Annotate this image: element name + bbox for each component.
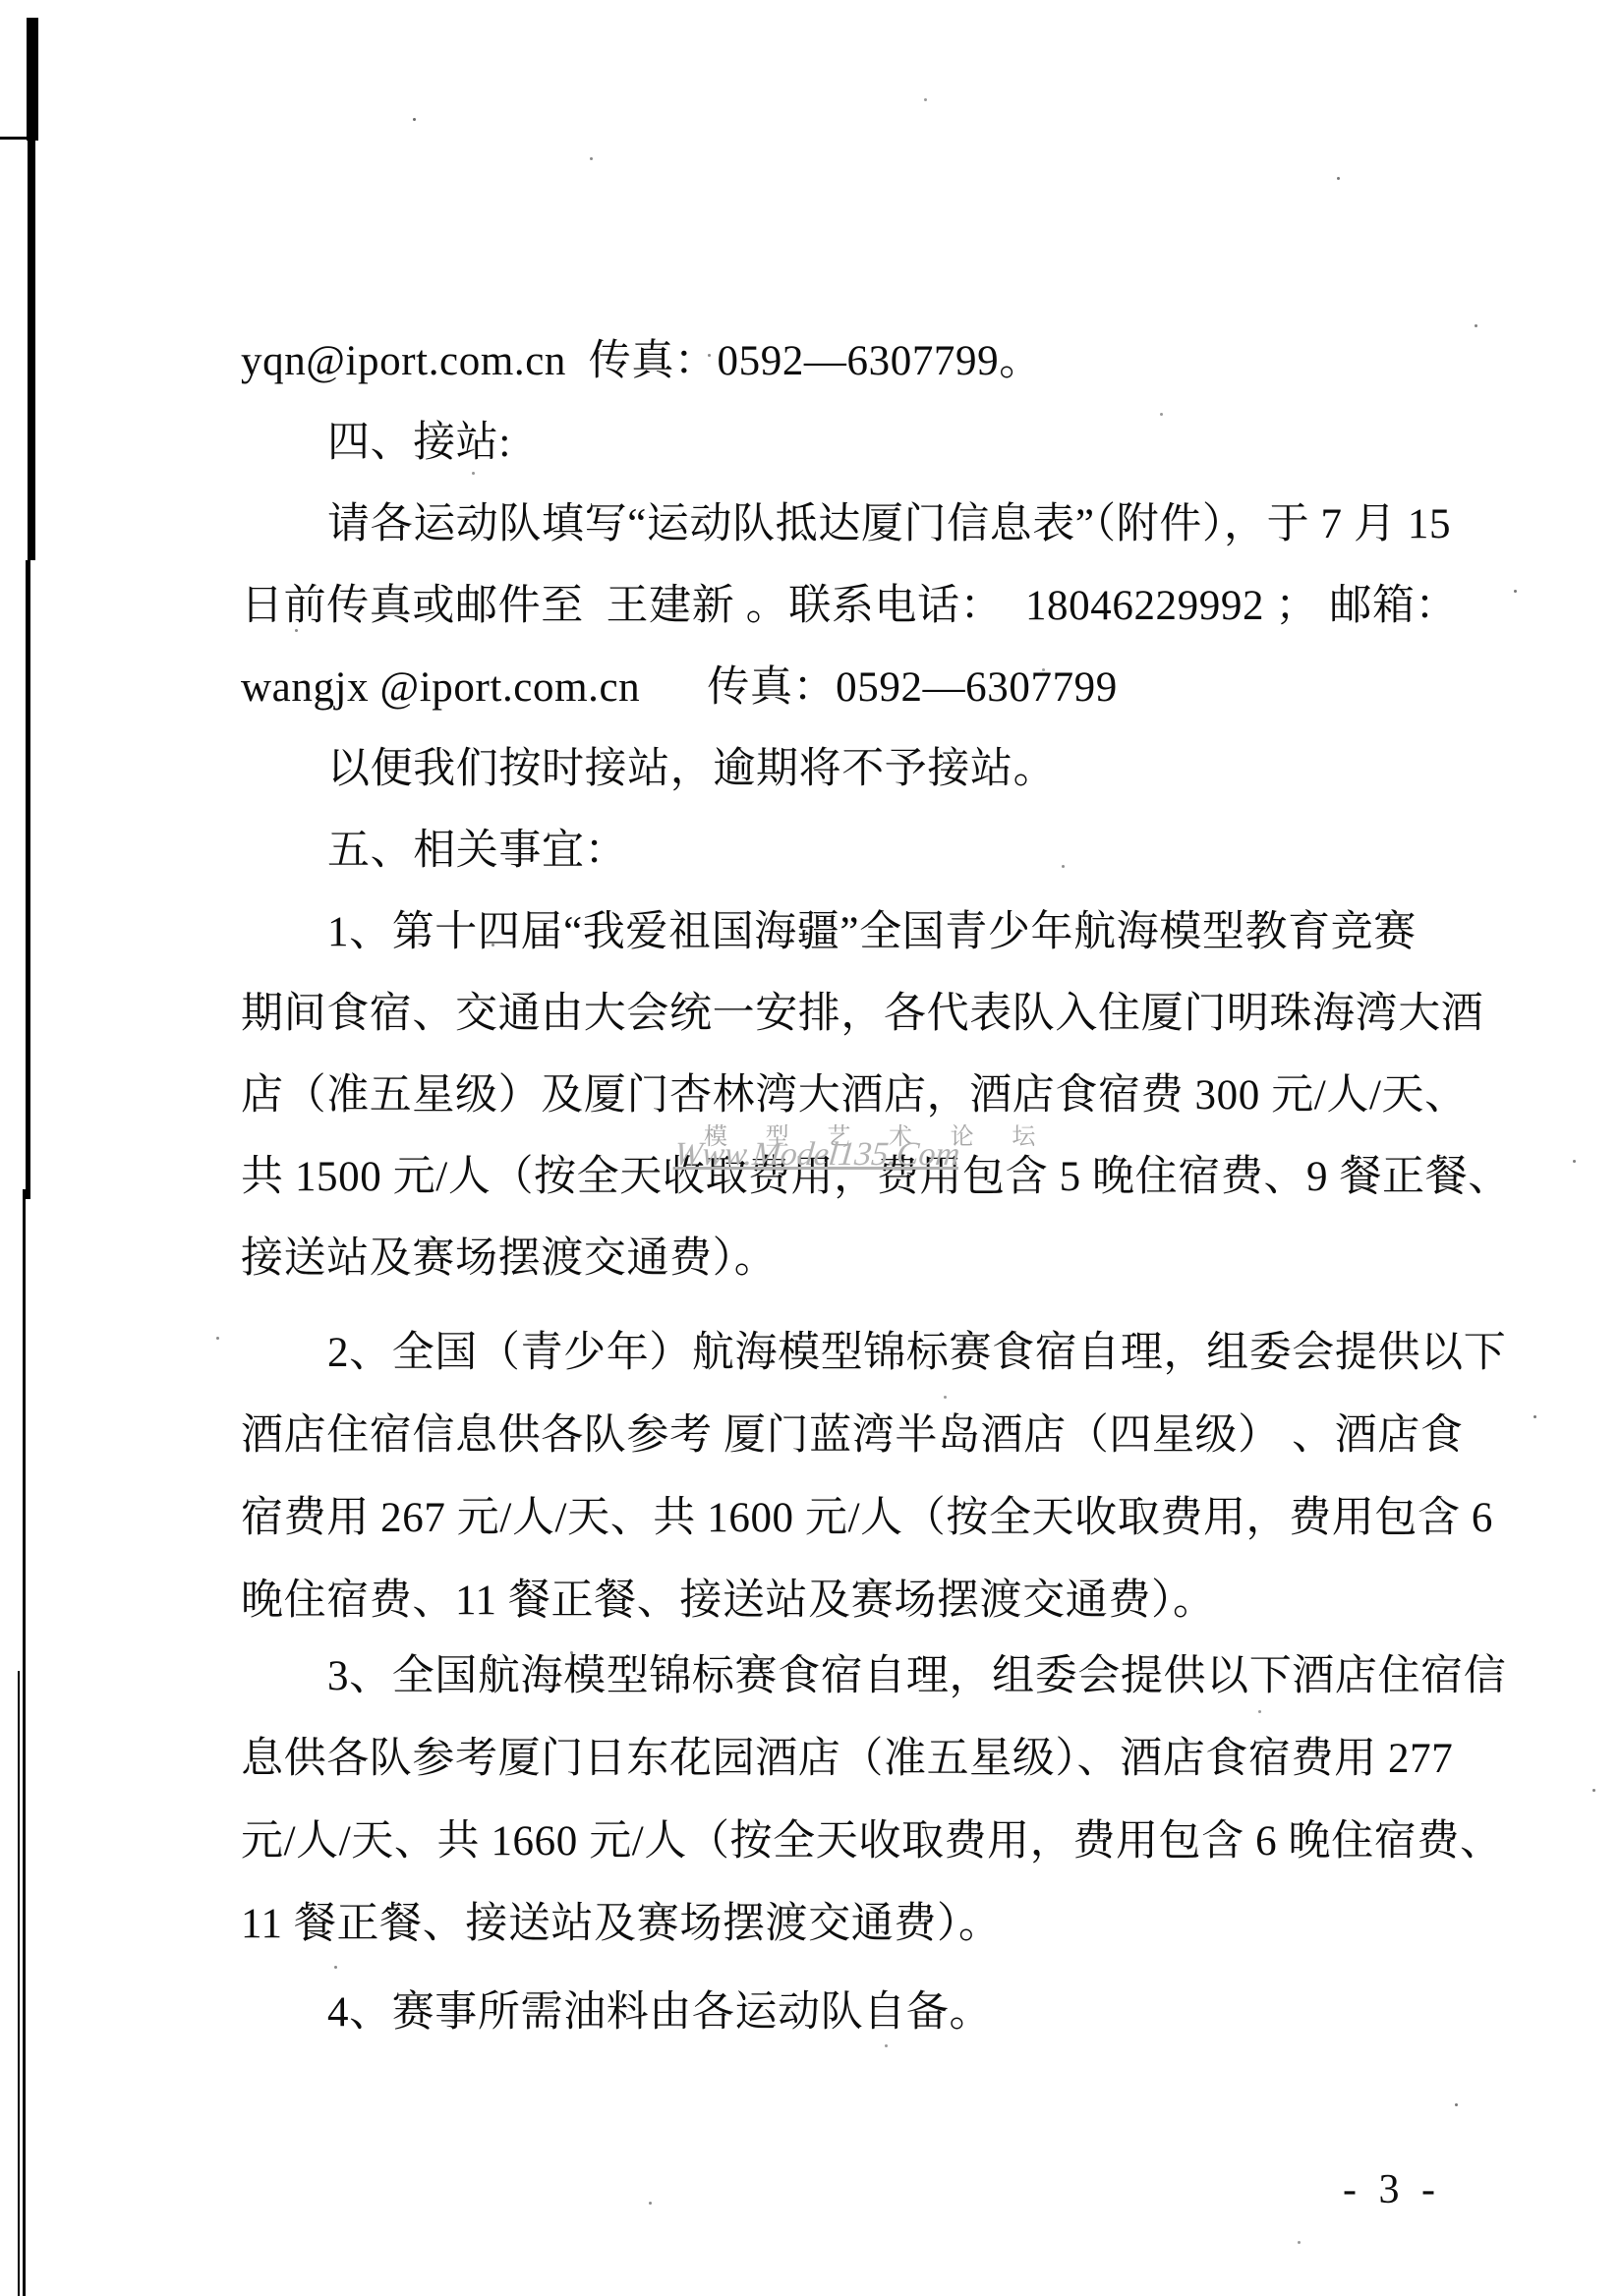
page-number: - 3 -: [1343, 2166, 1441, 2213]
scan-artifact-line: [28, 138, 35, 560]
doc-line-email-fax-2: wangjx @iport.com.cn 传真：0592—6307799: [241, 663, 1118, 713]
doc-line: 接送站及赛场摆渡交通费）。: [241, 1234, 777, 1284]
doc-line: 晚住宿费、11 餐正餐、接送站及赛场摆渡交通费）。: [241, 1577, 1216, 1626]
doc-line-item4: 4、赛事所需油料由各运动队自备。: [327, 1988, 992, 2038]
doc-line: 酒店住宿信息供各队参考 厦门蓝湾半岛酒店（四星级） 、酒店食: [241, 1411, 1464, 1461]
doc-line-item1: 1、第十四届“我爱祖国海疆”全国青少年航海模型教育竞赛: [327, 908, 1417, 957]
doc-line-section4-heading: 四、接站:: [327, 419, 511, 468]
doc-line: 以便我们按时接站，逾期将不予接站。: [327, 745, 1056, 794]
scan-artifact-line: [27, 18, 38, 141]
doc-line-item2: 2、全国（青少年）航海模型锦标赛食宿自理，组委会提供以下: [327, 1329, 1506, 1378]
doc-line-email-fax-1: yqn@iport.com.cn 传真：0592—6307799。: [241, 337, 1042, 386]
doc-line: 日前传真或邮件至 王建新 。联系电话： 18046229992 ； 邮箱：: [241, 582, 1458, 631]
doc-line: 店（准五星级）及厦门杏林湾大酒店，酒店食宿费 300 元/人/天、: [241, 1071, 1468, 1120]
scan-artifact-line: [26, 560, 30, 1199]
watermark-url: Www.Model135.Com: [672, 1136, 961, 1174]
doc-line: 元/人/天、共 1660 元/人（按全天收取费用，费用包含 6 晚住宿费、: [241, 1817, 1503, 1866]
doc-line-section5-heading: 五、相关事宜：: [327, 827, 627, 876]
scan-artifact-line: [23, 1671, 26, 2296]
doc-line: 息供各队参考厦门日东花园酒店（准五星级）、酒店食宿费用 277: [241, 1735, 1453, 1784]
doc-line-item3: 3、全国航海模型锦标赛食宿自理，组委会提供以下酒店住宿信: [327, 1652, 1506, 1701]
scan-artifact-line: [23, 1189, 26, 1681]
scan-noise: [413, 118, 416, 121]
scanned-document-page: yqn@iport.com.cn 传真：0592—6307799。 四、接站: …: [0, 0, 1620, 2296]
doc-line: 11 餐正餐、接送站及赛场摆渡交通费）。: [241, 1900, 1002, 1949]
doc-line: 宿费用 267 元/人/天、共 1600 元/人（按全天收取费用，费用包含 6: [241, 1494, 1493, 1543]
doc-line: 请各运动队填写“运动队抵达厦门信息表”（附件），于 7 月 15: [327, 500, 1451, 549]
doc-line: 期间食宿、交通由大会统一安排，各代表队入住厦门明珠海湾大酒: [241, 990, 1483, 1039]
scan-artifact-tick: [0, 137, 29, 140]
scan-artifact-line: [18, 1671, 20, 2296]
